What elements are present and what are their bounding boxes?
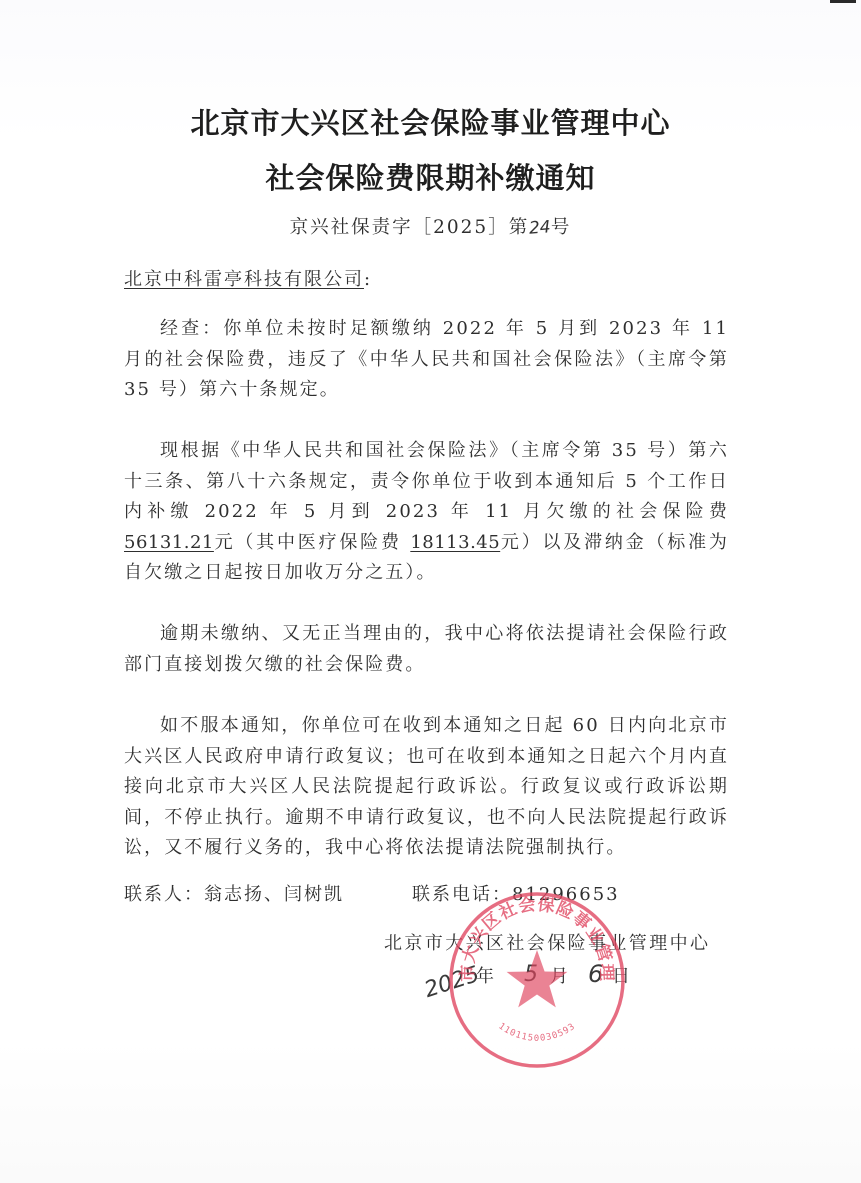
issuer-title: 北京市大兴区社会保险事业管理中心 xyxy=(0,101,861,142)
addressee-colon: : xyxy=(364,269,372,290)
date-month-handwritten: 5 xyxy=(524,962,538,987)
paragraph-order: 现根据《中华人民共和国社会保险法》（主席令第 35 号）第六十三条、第八十六条规… xyxy=(124,436,729,589)
paragraph-findings: 经查：你单位未按时足额缴纳 2022 年 5 月到 2023 年 11 月的社会… xyxy=(124,314,729,406)
contact-persons-label: 联系人： xyxy=(124,884,204,905)
notice-title: 社会保险费限期补缴通知 xyxy=(0,156,861,197)
signature-organization: 北京市大兴区社会保险事业管理中心 xyxy=(384,929,710,955)
contact-persons-names: 翁志扬、闫树凯 xyxy=(204,884,344,905)
document-number-prefix: 京兴社保责字［2025］第 xyxy=(290,217,530,238)
addressee-name: 北京中科雷亭科技有限公司 xyxy=(124,269,364,290)
date-day-label: 日 xyxy=(612,962,630,988)
amount-medical: 18113.45 xyxy=(410,532,500,553)
document-number-handwritten: 24 xyxy=(529,217,552,238)
amount-total: 56131.21 xyxy=(124,532,214,553)
svg-text:1101150030593: 1101150030593 xyxy=(496,1022,577,1044)
date-year-handwritten: 2025 xyxy=(422,962,483,1003)
document-page: 北京市大兴区社会保险事业管理中心 社会保险费限期补缴通知 京兴社保责字［2025… xyxy=(0,0,861,1183)
contact-info: 联系人：翁志扬、闫树凯 联系电话：81296653 xyxy=(124,880,344,906)
date-day-handwritten: 6 xyxy=(588,960,603,988)
scan-artifact xyxy=(830,0,856,3)
date-month-label: 月 xyxy=(550,962,568,988)
contact-phone-label: 联系电话： xyxy=(412,884,512,905)
document-number-suffix: 号 xyxy=(551,217,572,238)
paragraph-enforcement: 逾期未缴纳、又无正当理由的，我中心将依法提请社会保险行政部门直接划拨欠缴的社会保… xyxy=(124,619,729,680)
addressee: 北京中科雷亭科技有限公司: xyxy=(124,265,372,291)
contact-phone: 联系电话：81296653 xyxy=(412,880,620,906)
contact-phone-number: 81296653 xyxy=(512,884,620,905)
date-year-label: 年 xyxy=(476,962,494,988)
document-number: 京兴社保责字［2025］第24号 xyxy=(0,213,861,239)
contact-persons: 联系人：翁志扬、闫树凯 xyxy=(124,884,344,905)
stamp-code: 1101150030593 xyxy=(496,1022,577,1044)
order-text-b: 元（其中医疗保险费 xyxy=(214,532,402,553)
order-text-a: 现根据《中华人民共和国社会保险法》（主席令第 35 号）第六十三条、第八十六条规… xyxy=(124,440,729,522)
paragraph-appeal-rights: 如不服本通知，你单位可在收到本通知之日起 60 日内向北京市大兴区人民政府申请行… xyxy=(124,711,729,864)
